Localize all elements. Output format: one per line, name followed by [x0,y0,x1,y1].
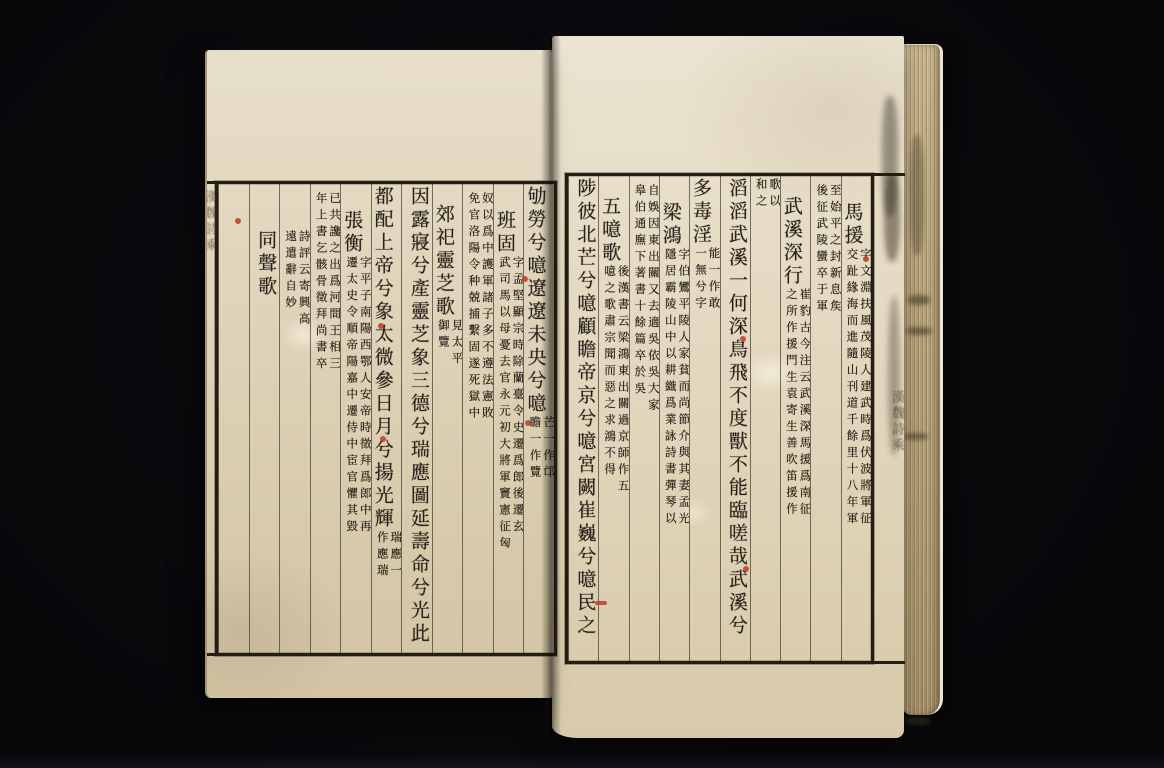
commentary-note: 後漢書云梁鴻東出關過京師作五噫之歌肅宗聞而惡之求鴻不得 [602,265,629,496]
text-column: 馬援字文淵扶風茂陵人建武時爲伏波將軍征交趾緣海而進隨山刊道千餘里十八年軍 [841,176,871,661]
note-line: 噫之歌肅宗聞而惡之求鴻不得 [602,265,616,496]
note-line: 遠遣辭自妙 [283,230,297,329]
note-line: 武司馬以母憂去官永元初大將軍竇憲征匈 [496,256,510,553]
text-column: 張衡字平子南陽西鄂人安帝時徵拜爲郎中再遷太史令順帝陽嘉中遷侍中宦官懼其毀 [340,184,371,653]
poet-name: 班固 [494,210,515,256]
text-column: 滔滔武溪一何深鳥飛不度獸不能臨嗟哉武溪兮 [720,176,750,661]
right-page-text-frame: 馬援字文淵扶風茂陵人建武時爲伏波將軍征交趾緣海而進隨山刊道千餘里十八年軍 至始平… [565,173,874,664]
ink-bleed-smudge [904,433,928,440]
note-line: 交趾緣海而進隨山刊道千餘里十八年軍 [844,248,858,529]
commentary-note: 歌以和之 [753,178,780,211]
left-page-text-frame: 劬勞兮噫遼遼未央兮噫芒一作邙瞻一作覽 班固字孟堅顯宗時除蘭臺令史遷爲郎後遷玄武司… [215,181,557,656]
text-column: 都配上帝兮象太微參日月兮揚光輝瑞應一作應瑞 [371,184,402,653]
vermilion-mark [378,323,384,329]
text-column: 武溪深行崔豹古今注云武溪深馬援爲南征之所作援門生袁寄生善吹笛援作 [780,176,810,661]
text-column: 奴以爲中護軍諸子多不遵法憲敗免官洛陽令种兢捕繫固遂死獄中 [462,184,493,653]
note-line: 皋伯通廡下著書十餘篇卒於吳 [632,184,646,415]
poet-name: 梁鴻 [660,202,681,248]
photo-backdrop: 馬援字文淵扶風茂陵人建武時爲伏波將軍征交趾緣海而進隨山刊道千餘里十八年軍 至始平… [0,0,1164,768]
note-line: 隱居霸陵山中以耕織爲業詠詩書彈琴以 [662,248,676,529]
poet-name: 張衡 [341,210,362,256]
biography-note: 已共讒之出爲河間王相三年上書乞骸骨徵拜尚書卒 [313,192,340,374]
note-line: 之所作援門生袁寄生善吹笛援作 [783,288,797,519]
note-line: 歌以 [767,178,781,211]
note-line: 瞻一作覽 [527,416,541,482]
banxin-left: 漢魏詩乘 漢詩二 二 [207,181,216,656]
vermilion-mark [522,276,528,282]
note-line: 詩評云寄興高 [296,230,310,329]
poem-text: 陟彼北芒兮噫顧瞻帝京兮噫宮闕崔巍兮噫民之 [574,178,595,638]
variant-note: 能一作敢一無兮字 [693,247,720,313]
vermilion-mark [380,436,386,442]
vermilion-mark [595,601,607,605]
biography-note: 字文淵扶風茂陵人建武時爲伏波將軍征交趾緣海而進隨山刊道千餘里十八年軍 [844,248,871,529]
note-line: 字孟堅顯宗時除蘭臺令史遷爲郎後遷玄 [510,256,524,553]
note-line: 遷太史令順帝陽嘉中遷侍中宦官懼其毀 [344,256,358,537]
text-column: 至始平之封新息矦後征武陵蠻卒于軍 [810,176,840,661]
text-column: 因露寢兮產靈芝象三德兮瑞應圖延壽命兮光此 [401,184,432,653]
text-column-empty [218,184,249,653]
note-line: 字平子南陽西鄂人安帝時徵拜爲郎中再 [357,256,371,537]
ink-bleed-smudge [908,295,930,305]
note-line: 瑞應一 [388,531,402,581]
text-column: 自娛因東出關又去適吳依吳大家皋伯通廡下著書十餘篇卒於吳 [629,176,659,661]
banxin-book-title: 漢魏詩乘 [207,184,216,653]
poem-title: 同聲歌 [255,230,276,299]
poem-title: 武溪深行 [781,196,802,288]
note-line: 能一作敢 [706,247,720,313]
text-column: 劬勞兮噫遼遼未央兮噫芒一作邙瞻一作覽 [523,184,554,653]
text-column: 歌以和之 [750,176,780,661]
poem-title: 郊祀靈芝歌 [433,204,454,319]
ink-bleed-smudge [905,717,931,725]
variant-note: 芒一作邙瞻一作覽 [527,416,554,482]
poem-text: 多毒淫 [690,178,711,247]
note-line: 已共讒之出爲河間王相三 [327,192,341,374]
poem-text: 都配上帝兮象太微參日月兮揚光輝 [372,186,393,531]
biography-note: 字孟堅顯宗時除蘭臺令史遷爲郎後遷玄武司馬以母憂去官永元初大將軍竇憲征匈 [496,256,523,553]
biography-note: 字伯鸞平陵人家貧而尚節介與其妻孟光隱居霸陵山中以耕織爲業詠詩書彈琴以 [662,248,689,529]
ink-bleed-smudge [906,327,932,335]
left-page: 劬勞兮噫遼遼未央兮噫芒一作邙瞻一作覽 班固字孟堅顯宗時除蘭臺令史遷爲郎後遷玄武司… [205,50,552,698]
note-line: 年上書乞骸骨徵拜尚書卒 [313,192,327,374]
note-line: 御覽 [435,319,449,369]
poem-text: 劬勞兮噫遼遼未央兮噫 [525,186,546,416]
note-line: 至始平之封新息矦 [827,184,841,316]
biography-note: 字平子南陽西鄂人安帝時徵拜爲郎中再遷太史令順帝陽嘉中遷侍中宦官懼其毀 [344,256,371,537]
note-line: 奴以爲中護軍諸子多不遵法憲敗 [479,192,493,423]
note-line: 崔豹古今注云武溪深馬援爲南征 [797,288,811,519]
note-line: 免官洛陽令种兢捕繫固遂死獄中 [466,192,480,423]
text-column: 詩評云寄興高遠遣辭自妙 [279,184,310,653]
note-line: 見太平 [449,319,463,369]
text-column: 五噫歌後漢書云梁鴻東出關過京師作五噫之歌肅宗聞而惡之求鴻不得 [598,176,628,661]
ink-bleed-smudge [910,135,924,255]
text-column: 陟彼北芒兮噫顧瞻帝京兮噫宮闕崔巍兮噫民之 [568,176,598,661]
note-line: 後漢書云梁鴻東出關過京師作五 [615,265,629,496]
poem-title: 五噫歌 [599,196,620,265]
banxin-right: 漢魏詩乘 漢詩二 一 [874,173,905,664]
text-column: 班固字孟堅顯宗時除蘭臺令史遷爲郎後遷玄武司馬以母憂去官永元初大將軍竇憲征匈 [493,184,524,653]
poem-text: 因露寢兮產靈芝象三德兮瑞應圖延壽命兮光此 [408,186,429,646]
commentary-note: 見太平御覽 [435,319,462,369]
note-line: 作應瑞 [374,531,388,581]
note-line: 字伯鸞平陵人家貧而尚節介與其妻孟光 [676,248,690,529]
note-line: 後征武陵蠻卒于軍 [814,184,828,316]
poet-name: 馬援 [842,202,863,248]
biography-note: 奴以爲中護軍諸子多不遵法憲敗免官洛陽令种兢捕繫固遂死獄中 [466,192,493,423]
vermilion-mark [525,420,531,426]
text-column: 同聲歌 [249,184,280,653]
right-page: 馬援字文淵扶風茂陵人建武時爲伏波將軍征交趾緣海而進隨山刊道千餘里十八年軍 至始平… [552,36,904,738]
note-line: 一無兮字 [693,247,707,313]
note-line: 自娛因東出關又去適吳依吳大家 [645,184,659,415]
banxin-content: 漢魏詩乘 漢詩二 二 [207,184,216,653]
biography-note: 至始平之封新息矦後征武陵蠻卒于軍 [814,184,841,316]
note-line: 芒一作邙 [541,416,555,482]
commentary-note: 詩評云寄興高遠遣辭自妙 [283,230,310,329]
note-line: 和之 [753,178,767,211]
text-column: 梁鴻字伯鸞平陵人家貧而尚節介與其妻孟光隱居霸陵山中以耕織爲業詠詩書彈琴以 [659,176,689,661]
variant-note: 瑞應一作應瑞 [374,531,401,581]
commentary-note: 崔豹古今注云武溪深馬援爲南征之所作援門生袁寄生善吹笛援作 [783,288,810,519]
text-column: 多毒淫能一作敢一無兮字 [689,176,719,661]
vermilion-mark [235,218,241,224]
banxin-content: 漢魏詩乘 漢詩二 一 [874,176,905,661]
page-stack-fore-edge [902,44,943,715]
ink-smear [884,173,900,262]
text-column: 已共讒之出爲河間王相三年上書乞骸骨徵拜尚書卒 [310,184,341,653]
ink-smear [888,296,900,456]
biography-note: 自娛因東出關又去適吳依吳大家皋伯通廡下著書十餘篇卒於吳 [632,184,659,415]
note-line: 字文淵扶風茂陵人建武時爲伏波將軍征 [858,248,872,529]
text-column: 郊祀靈芝歌見太平御覽 [432,184,463,653]
